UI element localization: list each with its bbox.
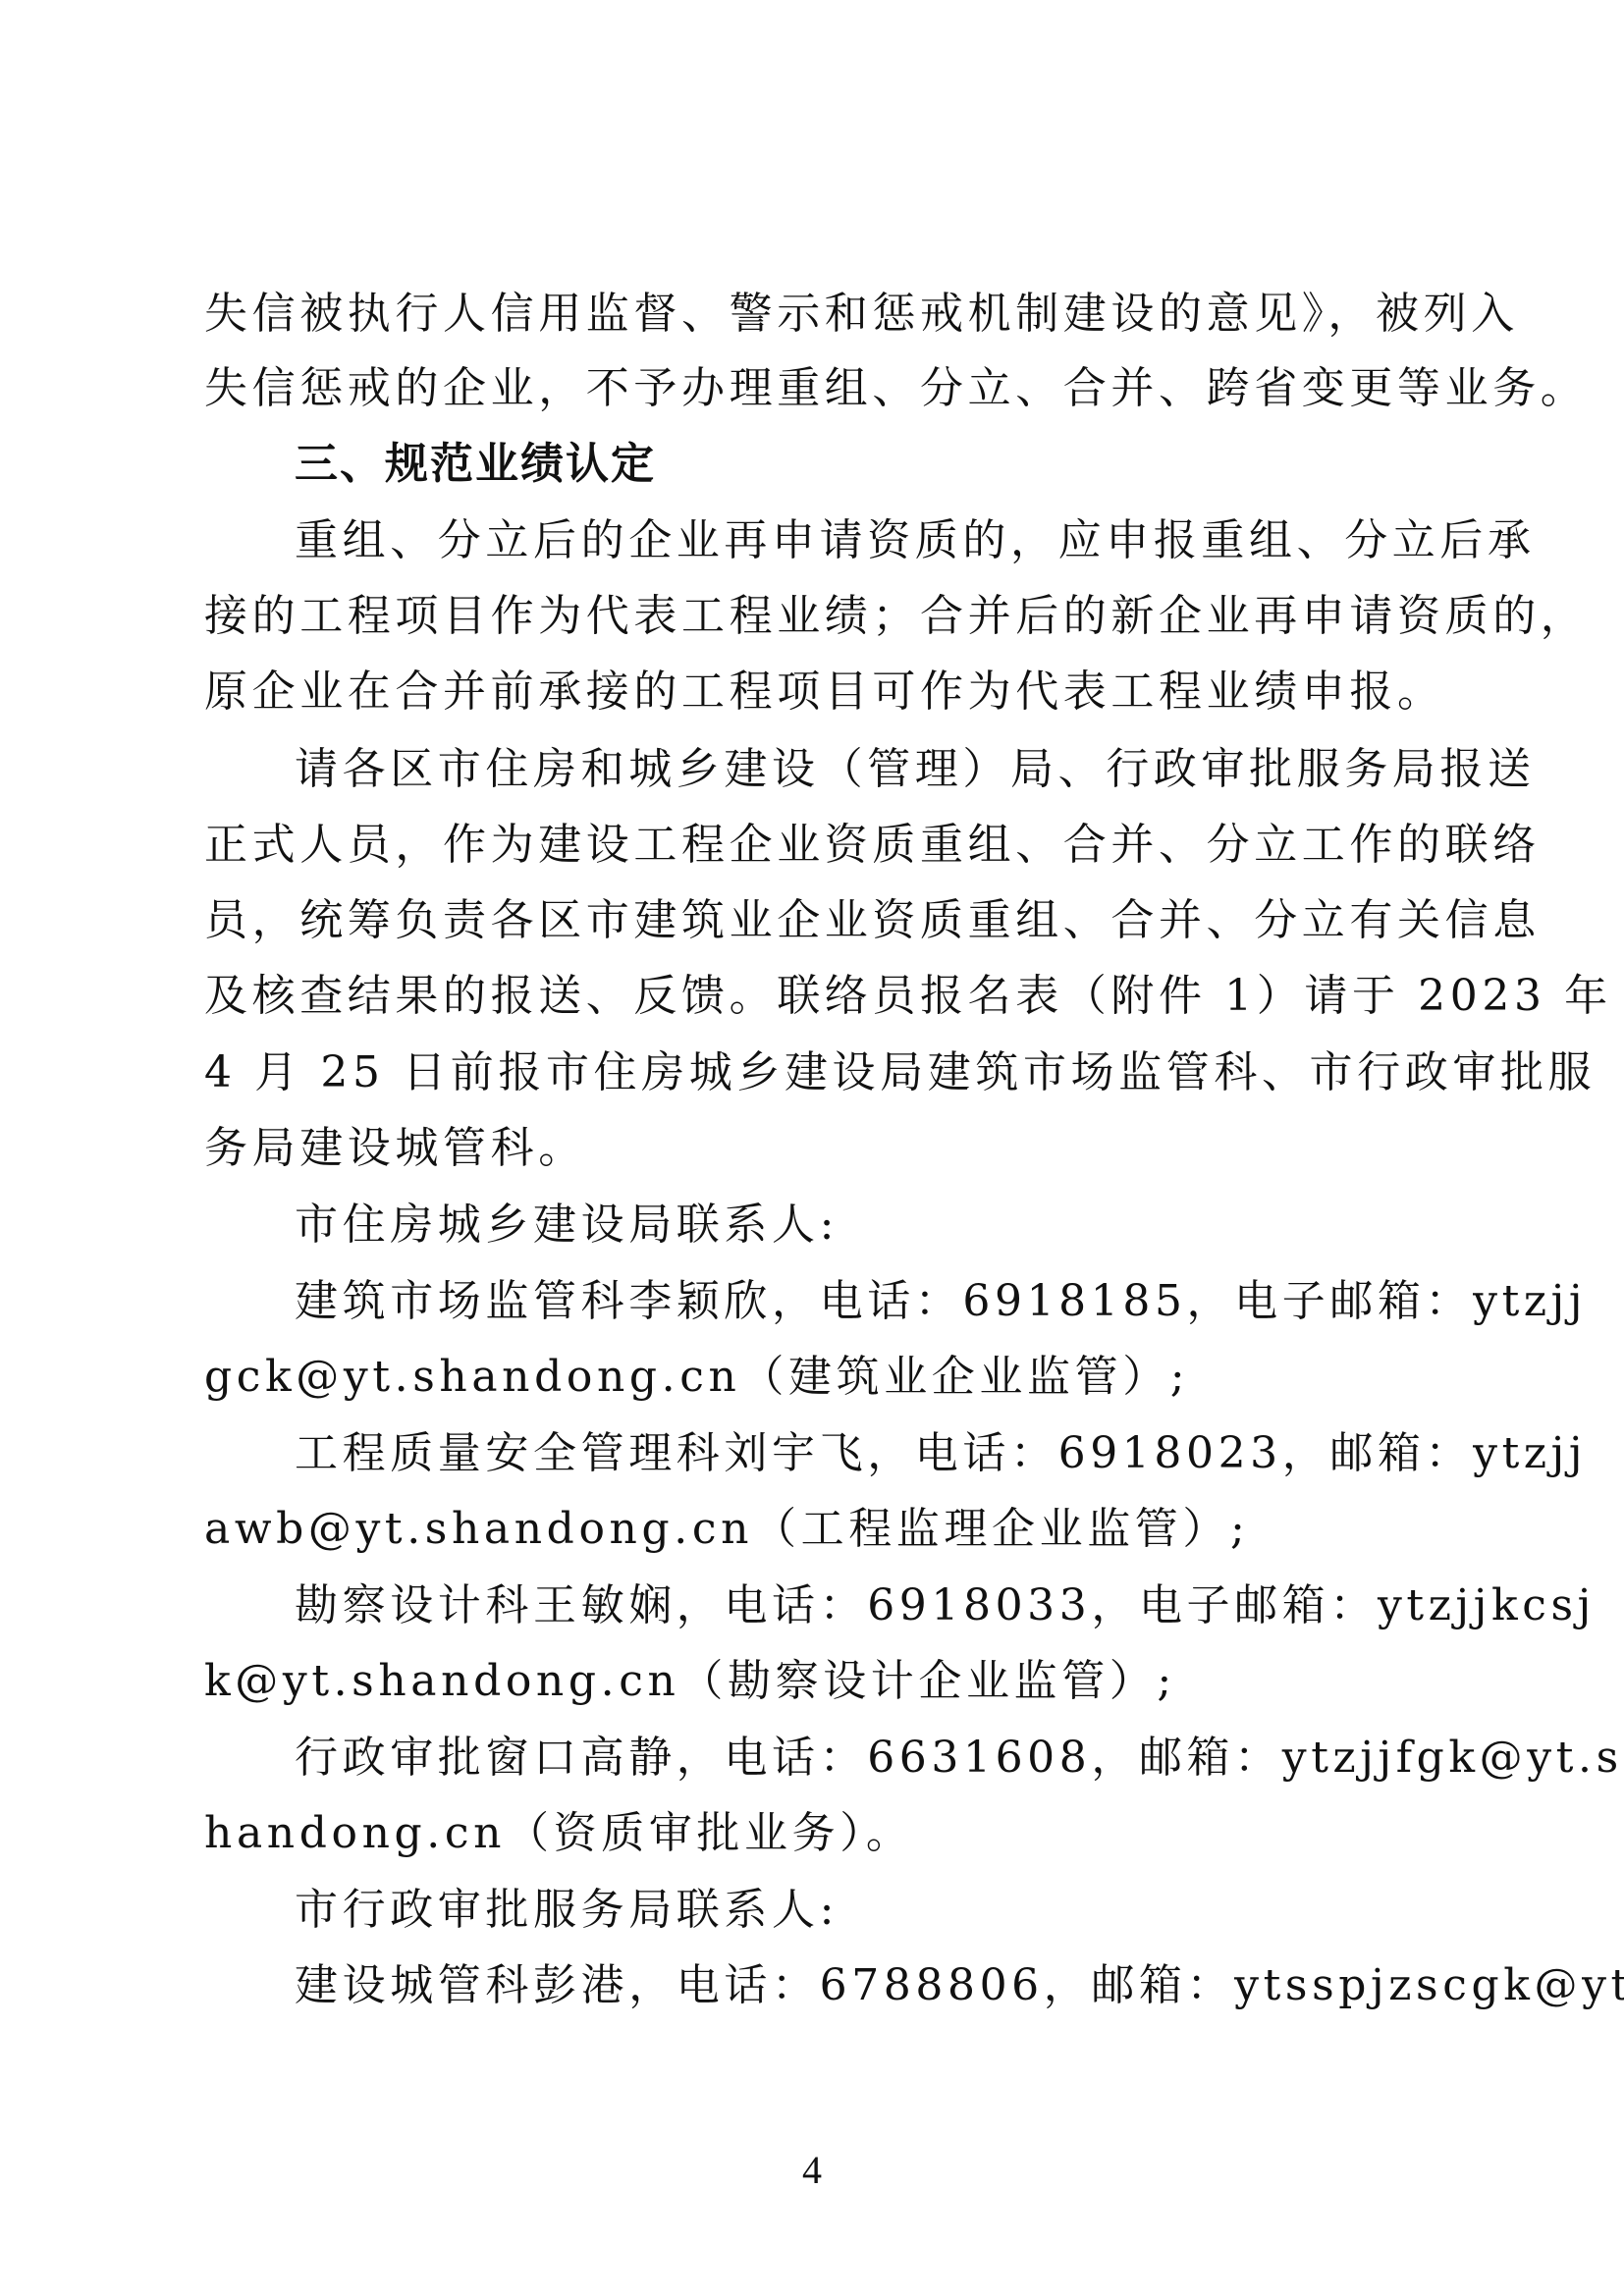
contact-group-title: 市住房城乡建设局联系人: <box>295 1196 1443 1255</box>
contact-group-title: 市行政审批服务局联系人: <box>295 1881 1443 1940</box>
contact-email-line: gck@yt.shandong.cn（建筑业企业监管）; <box>204 1348 1443 1407</box>
contact-email-line: awb@yt.shandong.cn（工程监理企业监管）; <box>204 1500 1443 1559</box>
paragraph-line: 重组、分立后的企业再申请资质的，应申报重组、分立后承 <box>295 511 1443 570</box>
contact-line: 工程质量安全管理科刘宇飞，电话：6918023，邮箱：ytzjj <box>295 1424 1443 1483</box>
paragraph-line: 失信惩戒的企业，不予办理重组、分立、合并、跨省变更等业务。 <box>204 359 1443 418</box>
contact-email-line: handong.cn（资质审批业务）。 <box>204 1804 1443 1863</box>
paragraph-line: 务局建设城管科。 <box>204 1119 1443 1178</box>
page-number: 4 <box>0 2146 1624 2195</box>
paragraph-line: 正式人员，作为建设工程企业资质重组、合并、分立工作的联络 <box>204 816 1443 875</box>
contact-email-line: k@yt.shandong.cn（勘察设计企业监管）; <box>204 1652 1443 1711</box>
contact-line: 建设城管科彭港，电话：6788806，邮箱：ytsspjzscgk@yt. <box>295 1956 1443 2015</box>
paragraph-line: 接的工程项目作为代表工程业绩；合并后的新企业再申请资质的， <box>204 587 1443 646</box>
paragraph-line: 失信被执行人信用监督、警示和惩戒机制建设的意见》，被列入 <box>204 285 1443 344</box>
contact-line: 建筑市场监管科李颖欣，电话：6918185，电子邮箱：ytzjj <box>295 1272 1443 1331</box>
paragraph-line: 及核查结果的报送、反馈。联络员报名表（附件 1）请于 2023 年 <box>204 967 1443 1026</box>
contact-line: 行政审批窗口高静，电话：6631608，邮箱：ytzjjfgk@yt.s <box>295 1729 1443 1788</box>
paragraph-line: 请各区市住房和城乡建设（管理）局、行政审批服务局报送 <box>295 740 1443 799</box>
section-heading: 三、规范业绩认定 <box>295 435 1443 494</box>
contact-line: 勘察设计科王敏娴，电话：6918033，电子邮箱：ytzjjkcsj <box>295 1576 1443 1635</box>
paragraph-line: 4 月 25 日前报市住房城乡建设局建筑市场监管科、市行政审批服 <box>204 1043 1443 1102</box>
document-page: 失信被执行人信用监督、警示和惩戒机制建设的意见》，被列入 失信惩戒的企业，不予办… <box>0 0 1624 2296</box>
paragraph-line: 原企业在合并前承接的工程项目可作为代表工程业绩申报。 <box>204 663 1443 721</box>
paragraph-line: 员，统筹负责各区市建筑业企业资质重组、合并、分立有关信息 <box>204 891 1443 950</box>
